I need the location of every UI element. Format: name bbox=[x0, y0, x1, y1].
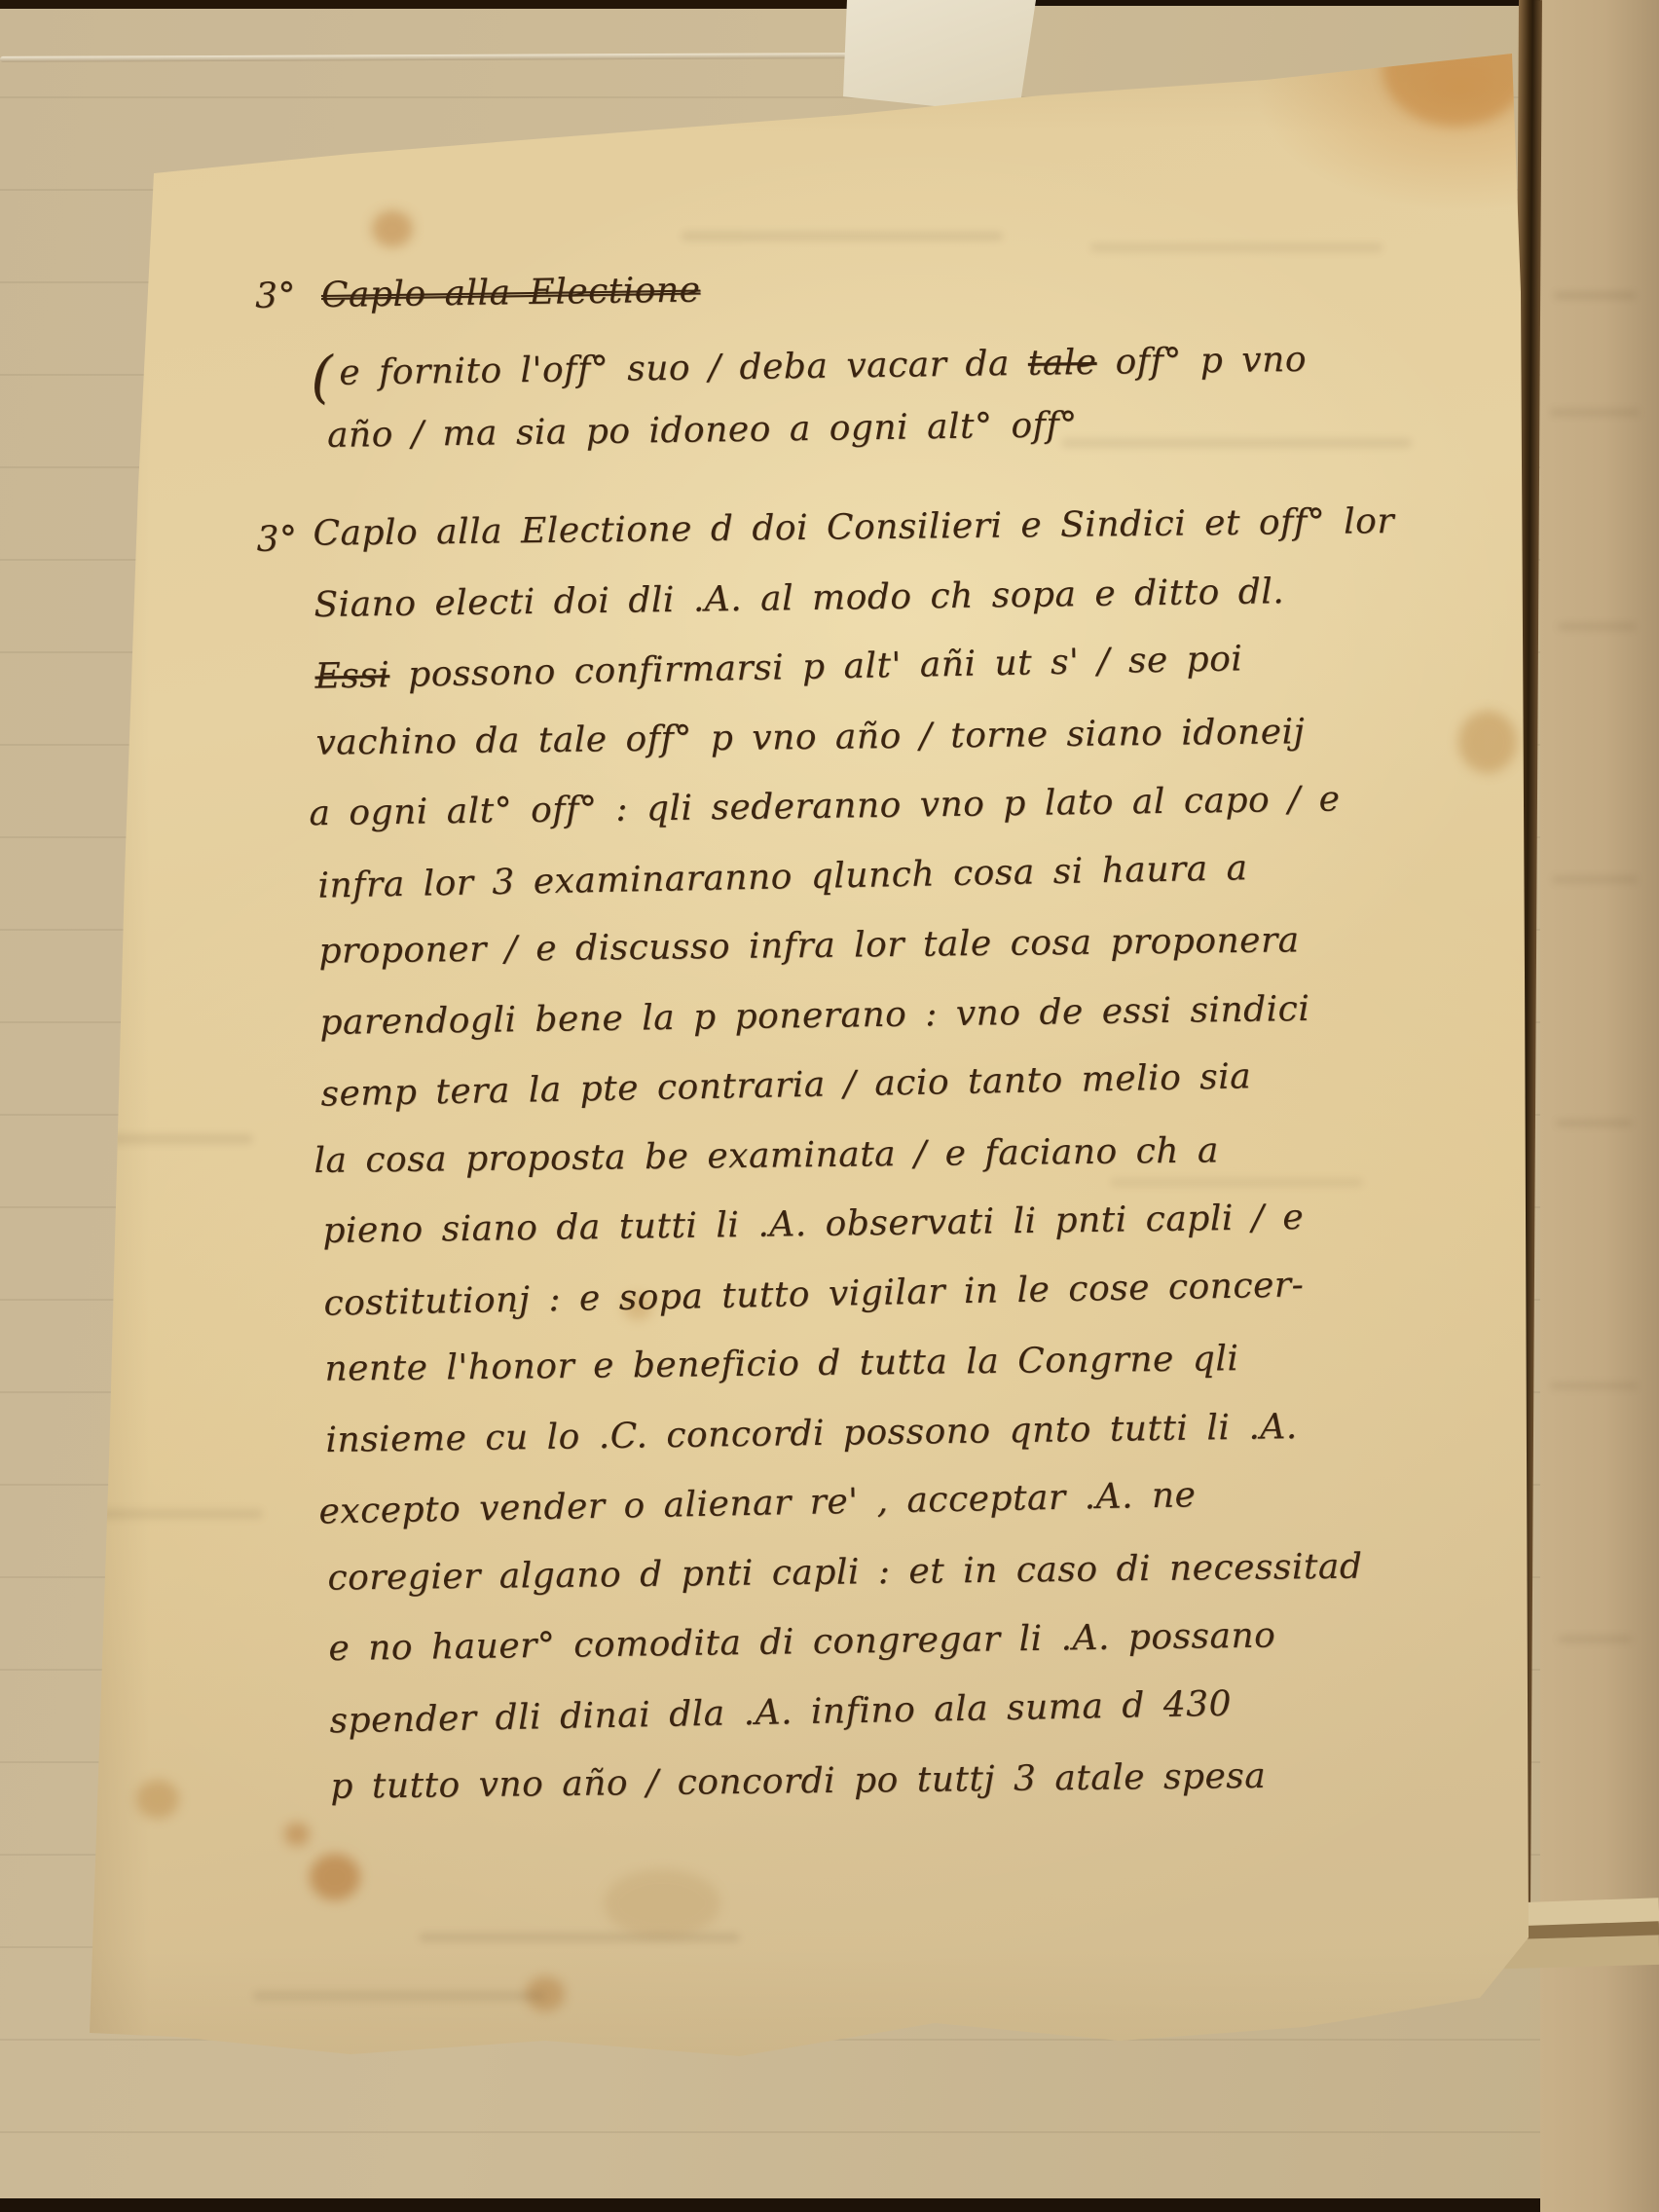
chapter-line-text: parendogli bene la p ponerano : vno de e… bbox=[319, 988, 1309, 1042]
chapter-line: excepto vender o alienar re' , acceptar … bbox=[318, 1475, 1197, 1531]
bleedthrough-mark bbox=[1558, 1636, 1632, 1642]
chapter-line-text: e no hauer° comodita di congregar li .A.… bbox=[328, 1615, 1275, 1669]
bleedthrough-mark bbox=[1556, 1120, 1632, 1126]
chapter-line: infra lor 3 examinaranno qlunch cosa si … bbox=[317, 848, 1248, 905]
chapter-line: semp tera la pte contraria / acio tanto … bbox=[320, 1056, 1251, 1114]
chapter-line: p tutto vno año / concordi po tuttj 3 at… bbox=[330, 1756, 1266, 1807]
chapter-line: Siano electi doi dli .A. al modo ch sopa… bbox=[313, 571, 1284, 625]
chapter-line-text: a ogni alt° off° : qli sederanno vno p l… bbox=[309, 779, 1341, 833]
upper-sheet-corner bbox=[843, 0, 1036, 115]
chapter-line-text: insieme cu lo .C. concordi possono qnto … bbox=[325, 1407, 1298, 1460]
chapter-line-text: nente l'honor e beneficio d tutta la Con… bbox=[324, 1339, 1238, 1389]
chapter-line: Caplo alla Electione d doi Consilieri e … bbox=[313, 501, 1394, 554]
chapter-line: la cosa proposta be examinata / e facian… bbox=[313, 1130, 1219, 1181]
chapter-line: parendogli bene la p ponerano : vno de e… bbox=[319, 988, 1309, 1042]
bleedthrough-mark bbox=[1558, 623, 1636, 630]
chapter-line: insieme cu lo .C. concordi possono qnto … bbox=[325, 1407, 1298, 1460]
chapter-line: pieno siano da tutti li .A. observati li… bbox=[322, 1198, 1304, 1251]
chapter-line-text: possono confirmarsi p alt' añi ut s' / s… bbox=[408, 639, 1243, 694]
chapter-line: Essi possono confirmarsi p alt' añi ut s… bbox=[314, 639, 1243, 696]
bleedthrough-mark bbox=[1552, 876, 1638, 883]
page-edge-strip bbox=[1504, 1935, 1659, 1969]
chapter-line-text: spender dli dinai dla .A. infino ala sum… bbox=[329, 1683, 1232, 1741]
chapter-line-text: pieno siano da tutti li .A. observati li… bbox=[322, 1198, 1304, 1251]
adjacent-page bbox=[1540, 0, 1659, 2212]
bleedthrough-mark bbox=[1550, 1382, 1638, 1389]
chapter-line-text: excepto vender o alienar re' , acceptar … bbox=[318, 1475, 1197, 1531]
chapter-line-text: coregier algano d pnti capli : et in cas… bbox=[327, 1546, 1362, 1598]
chapter-line-text: p tutto vno año / concordi po tuttj 3 at… bbox=[330, 1756, 1266, 1807]
manuscript-page: 3°Caplo alla Electione (e fornito l'off°… bbox=[0, 0, 1659, 2212]
chapter-line: spender dli dinai dla .A. infino ala sum… bbox=[329, 1683, 1232, 1741]
chapter-line: nente l'honor e beneficio d tutta la Con… bbox=[324, 1339, 1238, 1389]
chapter-body: Caplo alla Electione d doi Consilieri e … bbox=[0, 0, 1659, 2212]
bleedthrough-mark bbox=[1550, 409, 1640, 416]
struck-word: Essi bbox=[314, 655, 390, 696]
chapter-line-text: proponer / e discusso infra lor tale cos… bbox=[318, 920, 1300, 971]
chapter-line-text: costitutionj : e sopa tutto vigilar in l… bbox=[323, 1265, 1304, 1323]
chapter-line: costitutionj : e sopa tutto vigilar in l… bbox=[323, 1265, 1304, 1323]
chapter-line-text: la cosa proposta be examinata / e facian… bbox=[313, 1130, 1219, 1181]
chapter-line: proponer / e discusso infra lor tale cos… bbox=[318, 920, 1300, 971]
photo-frame: 3°Caplo alla Electione (e fornito l'off°… bbox=[0, 0, 1659, 2212]
chapter-line-text: semp tera la pte contraria / acio tanto … bbox=[320, 1056, 1251, 1114]
chapter-line: e no hauer° comodita di congregar li .A.… bbox=[328, 1615, 1275, 1669]
chapter-line-text: vachino da tale off° p vno año / torne s… bbox=[315, 712, 1305, 763]
chapter-line-text: Caplo alla Electione d doi Consilieri e … bbox=[313, 501, 1394, 554]
photo-border-top bbox=[0, 0, 876, 9]
chapter-line: coregier algano d pnti capli : et in cas… bbox=[327, 1546, 1362, 1598]
manuscript-text: 3°Caplo alla Electione (e fornito l'off°… bbox=[0, 0, 1659, 2212]
chapter-line: vachino da tale off° p vno año / torne s… bbox=[315, 712, 1305, 763]
chapter-line-text: infra lor 3 examinaranno qlunch cosa si … bbox=[317, 848, 1248, 905]
chapter-line: a ogni alt° off° : qli sederanno vno p l… bbox=[309, 779, 1341, 833]
bleedthrough-mark bbox=[1554, 292, 1636, 299]
chapter-line-text: Siano electi doi dli .A. al modo ch sopa… bbox=[313, 571, 1284, 625]
